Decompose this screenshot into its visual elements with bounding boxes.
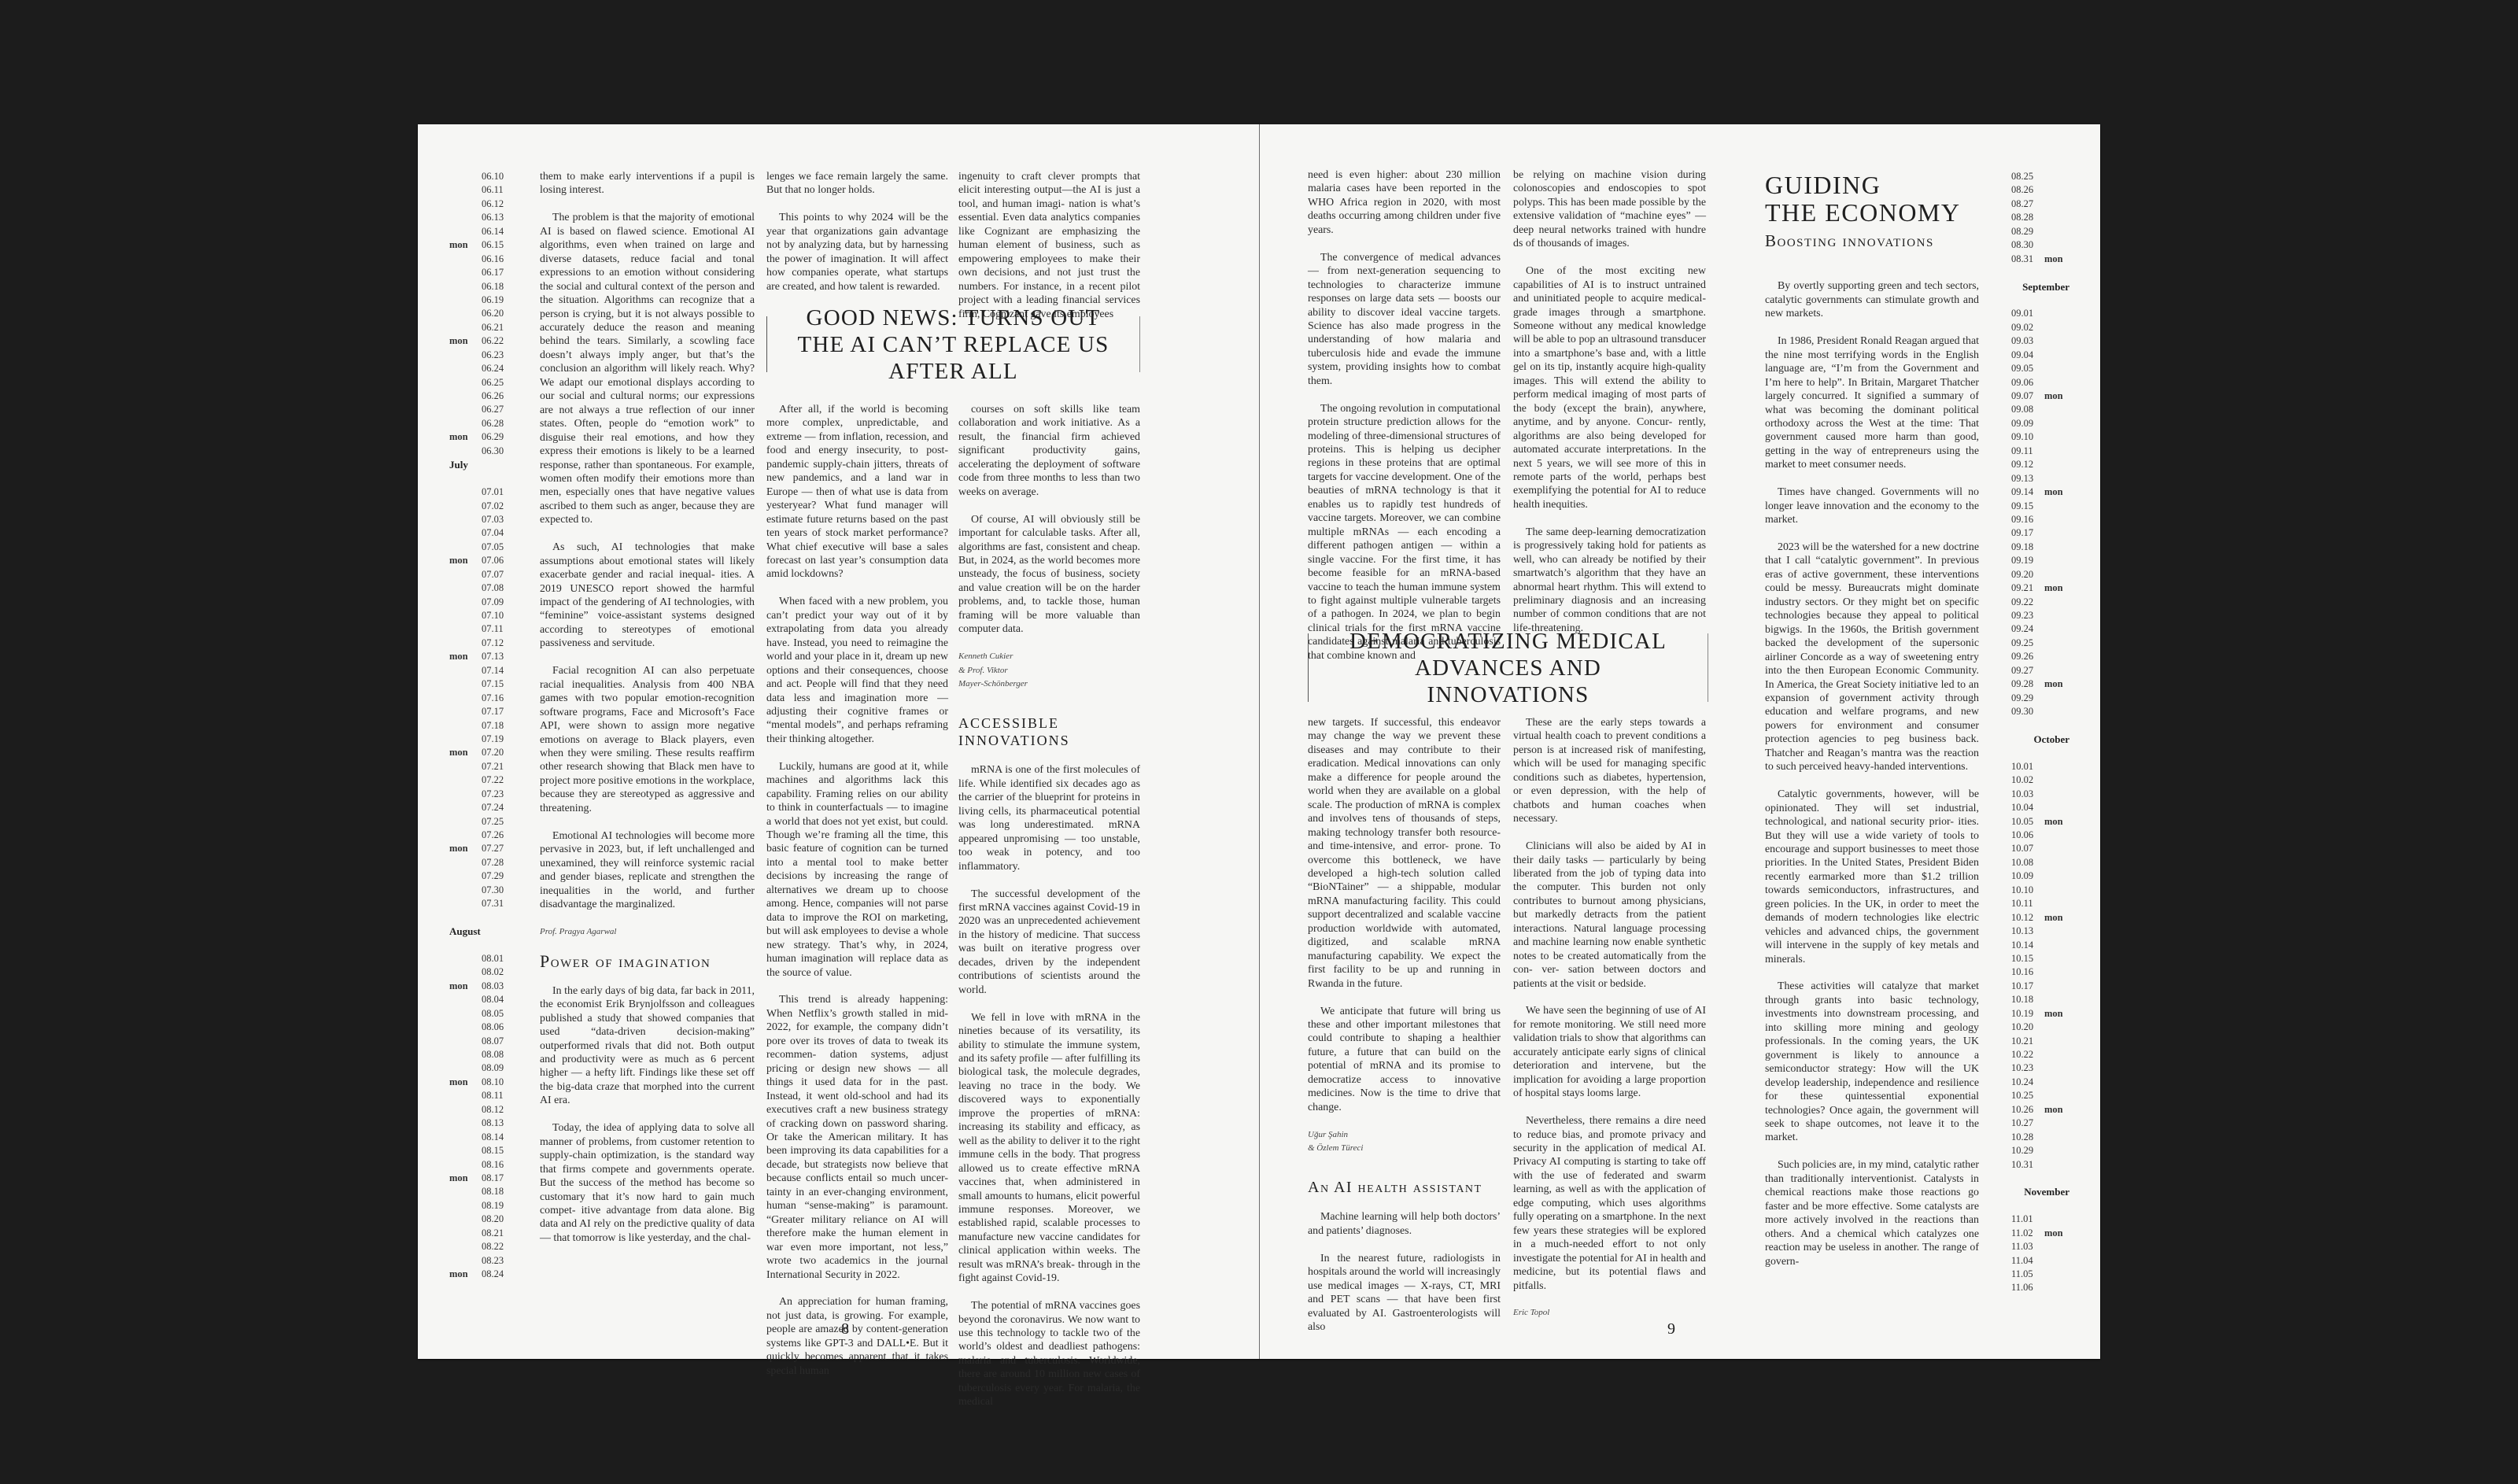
- section-heading: ACCESSIBLE INNOVATIONS: [958, 714, 1140, 749]
- paragraph: The convergence of medical advances — fr…: [1308, 251, 1501, 389]
- calendar-date: 07.20: [482, 746, 504, 759]
- title-line: GUIDING: [1765, 172, 1979, 199]
- calendar-date: 10.07: [2011, 842, 2033, 855]
- calendar-date: 08.02: [482, 965, 504, 979]
- calendar-date-row: 08.11: [449, 1089, 512, 1102]
- calendar-date: 09.20: [2011, 568, 2033, 581]
- calendar-date-row: 09.09: [2011, 417, 2082, 430]
- calendar-date-row: 08.09: [449, 1061, 512, 1075]
- calendar-date: 07.09: [482, 596, 504, 609]
- calendar-date-row: 08.13: [449, 1117, 512, 1130]
- calendar-date-row: mon06.29: [449, 430, 512, 444]
- article-title: GUIDING THE ECONOMY: [1765, 172, 1979, 227]
- paragraph: 2023 will be the watershed for a new doc…: [1765, 541, 1979, 774]
- calendar-date: 07.19: [482, 733, 504, 746]
- calendar-date-row: 07.25: [449, 815, 512, 829]
- calendar-date-row: 07.28: [449, 856, 512, 869]
- calendar-date: 06.30: [482, 445, 504, 458]
- calendar-date-row: mon11.02: [2011, 1227, 2082, 1240]
- calendar-date-row: 06.27: [449, 403, 512, 416]
- calendar-date: 09.14: [2011, 485, 2033, 499]
- calendar-date-row: 10.16: [2011, 965, 2082, 979]
- paragraph: We anticipate that future will bring us …: [1308, 1005, 1501, 1115]
- calendar-date-row: 10.11: [2011, 897, 2082, 910]
- calendar-date-row: 06.11: [449, 183, 512, 197]
- calendar-date: 06.15: [482, 238, 504, 252]
- paragraph: need is even higher: about 230 million m…: [1308, 168, 1501, 237]
- calendar-date-row: 06.21: [449, 321, 512, 334]
- calendar-date: 08.11: [482, 1089, 504, 1102]
- calendar-date: 08.21: [482, 1227, 504, 1240]
- calendar-date-row: 11.06: [2011, 1281, 2082, 1294]
- calendar-margin-right: 08.2508.2608.2708.2808.2908.30mon08.31Se…: [2011, 170, 2082, 1295]
- calendar-date-row: 10.18: [2011, 993, 2082, 1006]
- calendar-date: 07.06: [482, 554, 504, 567]
- calendar-date-row: 09.20: [2011, 568, 2082, 581]
- calendar-date: 10.31: [2011, 1158, 2033, 1172]
- calendar-date-row: 08.20: [449, 1213, 512, 1226]
- calendar-date-row: 08.04: [449, 993, 512, 1006]
- monday-marker: mon: [449, 334, 468, 348]
- calendar-date: 08.31: [2011, 253, 2033, 266]
- calendar-date: 06.22: [482, 334, 504, 348]
- calendar-date-row: 08.06: [449, 1021, 512, 1034]
- calendar-date-row: 08.18: [449, 1185, 512, 1198]
- paragraph: Clinicians will also be aided by AI in t…: [1513, 840, 1706, 991]
- calendar-date-row: 10.13: [2011, 925, 2082, 938]
- section-heading: Power of imagination: [540, 953, 755, 970]
- calendar-month-label: November: [2011, 1185, 2069, 1213]
- calendar-date: 07.27: [482, 842, 504, 855]
- calendar-date: 08.14: [482, 1131, 504, 1144]
- calendar-date-row: 08.25: [2011, 170, 2082, 183]
- calendar-date: 08.30: [2011, 238, 2033, 252]
- paragraph: We have seen the beginning of use of AI …: [1513, 1004, 1706, 1100]
- paragraph: them to make early interventions if a pu…: [540, 170, 755, 197]
- calendar-date: 07.07: [482, 568, 504, 581]
- paragraph: Today, the idea of applying data to solv…: [540, 1121, 755, 1245]
- calendar-date: 07.24: [482, 801, 504, 814]
- monday-marker: mon: [449, 554, 468, 567]
- calendar-date: 10.14: [2011, 939, 2033, 952]
- article-column-1: them to make early interventions if a pu…: [540, 170, 755, 1259]
- calendar-date: 10.16: [2011, 965, 2033, 979]
- monday-marker: mon: [2044, 677, 2063, 691]
- calendar-date: 08.10: [482, 1076, 504, 1089]
- calendar-date: 08.22: [482, 1240, 504, 1253]
- calendar-date: 10.18: [2011, 993, 2033, 1006]
- calendar-date-row: 06.20: [449, 307, 512, 320]
- calendar-date: 10.08: [2011, 856, 2033, 869]
- calendar-date-row: 10.06: [2011, 829, 2082, 842]
- paragraph: courses on soft skills like team collabo…: [958, 403, 1140, 499]
- calendar-date: 06.18: [482, 280, 504, 293]
- monday-marker: mon: [2044, 911, 2063, 925]
- calendar-date-row: 10.08: [2011, 856, 2082, 869]
- calendar-date-row: mon10.12: [2011, 911, 2082, 925]
- paragraph: In the nearest future, radiologists in h…: [1308, 1252, 1501, 1334]
- calendar-date-row: mon08.10: [449, 1076, 512, 1089]
- calendar-date: 10.21: [2011, 1035, 2033, 1048]
- calendar-date: 07.01: [482, 485, 504, 499]
- author-byline: Uğur Şahin: [1308, 1128, 1501, 1142]
- paragraph: The same deep-learning democratization i…: [1513, 526, 1706, 636]
- calendar-date: 10.05: [2011, 815, 2033, 829]
- calendar-date: 07.18: [482, 719, 504, 733]
- calendar-month-label: August: [449, 925, 512, 952]
- calendar-date-row: mon09.28: [2011, 677, 2082, 691]
- paragraph: We fell in love with mRNA in the ninetie…: [958, 1011, 1140, 1286]
- calendar-date-row: 08.26: [2011, 183, 2082, 197]
- calendar-date-row: 06.26: [449, 389, 512, 403]
- calendar-date: 08.13: [482, 1117, 504, 1130]
- calendar-date: 08.28: [2011, 211, 2033, 224]
- calendar-date: 08.20: [482, 1213, 504, 1226]
- calendar-date-row: 10.25: [2011, 1089, 2082, 1102]
- calendar-date: 07.28: [482, 856, 504, 869]
- calendar-date-row: mon09.21: [2011, 581, 2082, 595]
- calendar-date: 06.13: [482, 211, 504, 224]
- calendar-date: 06.23: [482, 349, 504, 362]
- calendar-date-row: 08.07: [449, 1035, 512, 1048]
- calendar-date-row: 10.24: [2011, 1076, 2082, 1089]
- paragraph: The ongoing revolution in computational …: [1308, 402, 1501, 663]
- page-number: 9: [1667, 1320, 1675, 1338]
- calendar-date-row: 10.03: [2011, 788, 2082, 801]
- calendar-date-row: 07.26: [449, 829, 512, 842]
- calendar-date: 09.05: [2011, 362, 2033, 375]
- calendar-date: 07.16: [482, 692, 504, 705]
- calendar-date: 10.27: [2011, 1117, 2033, 1130]
- calendar-date: 08.15: [482, 1144, 504, 1157]
- calendar-date-row: mon07.27: [449, 842, 512, 855]
- calendar-date-row: mon08.17: [449, 1172, 512, 1185]
- calendar-date-row: 10.09: [2011, 869, 2082, 883]
- calendar-date: 08.04: [482, 993, 504, 1006]
- author-byline: Kenneth Cukier: [958, 650, 1140, 663]
- calendar-date-row: 11.01: [2011, 1213, 2082, 1226]
- calendar-date: 10.09: [2011, 869, 2033, 883]
- calendar-date-row: 08.02: [449, 965, 512, 979]
- calendar-date: 09.28: [2011, 677, 2033, 691]
- calendar-date-row: 10.02: [2011, 773, 2082, 787]
- calendar-date: 08.05: [482, 1007, 504, 1021]
- calendar-date-row: 09.30: [2011, 705, 2082, 718]
- calendar-date: 09.06: [2011, 376, 2033, 389]
- calendar-date-row: 11.03: [2011, 1240, 2082, 1253]
- calendar-spacer: [2011, 266, 2082, 279]
- paragraph: Luckily, humans are good at it, while ma…: [766, 760, 948, 980]
- author-byline: Mayer-Schönberger: [958, 677, 1140, 691]
- article-column-2-bottom: These are the early steps towards a virt…: [1513, 716, 1706, 1334]
- calendar-date: 10.12: [2011, 911, 2033, 925]
- calendar-date-row: mon08.03: [449, 980, 512, 993]
- calendar-date-row: 09.15: [2011, 500, 2082, 513]
- calendar-date-row: 09.24: [2011, 622, 2082, 636]
- calendar-date-row: 09.25: [2011, 637, 2082, 650]
- calendar-date: 10.24: [2011, 1076, 2033, 1089]
- calendar-date: 06.29: [482, 430, 504, 444]
- calendar-date: 08.09: [482, 1061, 504, 1075]
- calendar-date-row: 09.23: [2011, 609, 2082, 622]
- calendar-date: 09.21: [2011, 581, 2033, 595]
- calendar-date-row: 08.12: [449, 1103, 512, 1117]
- calendar-date: 06.17: [482, 266, 504, 279]
- calendar-date: 08.06: [482, 1021, 504, 1034]
- monday-marker: mon: [2044, 581, 2063, 595]
- calendar-date: 10.25: [2011, 1089, 2033, 1102]
- calendar-month-label: October: [2011, 733, 2069, 760]
- calendar-date: 09.23: [2011, 609, 2033, 622]
- page-8: 06.1006.1106.1206.1306.14mon06.1506.1606…: [418, 124, 1259, 1359]
- calendar-date: 09.04: [2011, 349, 2033, 362]
- monday-marker: mon: [2044, 485, 2063, 499]
- monday-marker: mon: [2044, 1227, 2063, 1240]
- monday-marker: mon: [449, 650, 468, 663]
- calendar-date-row: 09.29: [2011, 692, 2082, 705]
- calendar-date: 10.11: [2011, 897, 2033, 910]
- calendar-date-row: 07.18: [449, 719, 512, 733]
- calendar-date: 08.03: [482, 980, 504, 993]
- article-column-3: GUIDING THE ECONOMY Boosting innovations…: [1765, 172, 1979, 1282]
- calendar-date: 08.23: [482, 1254, 504, 1268]
- calendar-date: 10.13: [2011, 925, 2033, 938]
- paragraph: The problem is that the majority of emot…: [540, 211, 755, 526]
- calendar-date-row: 07.30: [449, 884, 512, 897]
- calendar-date-row: 10.28: [2011, 1131, 2082, 1144]
- calendar-date: 07.15: [482, 677, 504, 691]
- calendar-date-row: 07.08: [449, 581, 512, 595]
- calendar-date: 09.27: [2011, 664, 2033, 677]
- calendar-date: 09.01: [2011, 307, 2033, 320]
- calendar-date-row: 07.31: [449, 897, 512, 910]
- calendar-date: 06.20: [482, 307, 504, 320]
- calendar-date: 10.28: [2011, 1131, 2033, 1144]
- calendar-date: 06.16: [482, 253, 504, 266]
- calendar-date: 06.25: [482, 376, 504, 389]
- page-number: 8: [841, 1320, 849, 1338]
- calendar-date-row: mon07.13: [449, 650, 512, 663]
- calendar-date: 07.10: [482, 609, 504, 622]
- calendar-date: 10.03: [2011, 788, 2033, 801]
- calendar-date: 06.26: [482, 389, 504, 403]
- calendar-date-row: 08.21: [449, 1227, 512, 1240]
- calendar-date: 08.27: [2011, 197, 2033, 211]
- calendar-date-row: 07.17: [449, 705, 512, 718]
- calendar-date: 07.31: [482, 897, 504, 910]
- calendar-date-row: 07.23: [449, 788, 512, 801]
- author-byline: Prof. Pragya Agarwal: [540, 925, 755, 939]
- monday-marker: mon: [2044, 1007, 2063, 1021]
- calendar-date-row: 08.01: [449, 952, 512, 965]
- calendar-date: 07.30: [482, 884, 504, 897]
- article-column-1-bottom: new targets. If successful, this endeavo…: [1308, 716, 1501, 1348]
- paragraph: The potential of mRNA vaccines goes beyo…: [958, 1299, 1140, 1409]
- monday-marker: mon: [2044, 1103, 2063, 1117]
- calendar-date: 06.14: [482, 225, 504, 238]
- paragraph: Emotional AI technologies will become mo…: [540, 829, 755, 912]
- calendar-date-row: 10.14: [2011, 939, 2082, 952]
- calendar-date: 10.01: [2011, 760, 2033, 773]
- calendar-date-row: 06.13: [449, 211, 512, 224]
- calendar-date: 06.11: [482, 183, 504, 197]
- calendar-date-row: mon09.07: [2011, 389, 2082, 403]
- calendar-date: 07.08: [482, 581, 504, 595]
- calendar-date-row: mon10.26: [2011, 1103, 2082, 1117]
- calendar-date-row: 09.01: [2011, 307, 2082, 320]
- calendar-date-row: mon07.20: [449, 746, 512, 759]
- article-column-2-top: lenges we face remain largely the same. …: [766, 170, 948, 308]
- paragraph: ingenuity to craft clever prompts that e…: [958, 170, 1140, 321]
- paragraph: be relying on machine vision during colo…: [1513, 168, 1706, 251]
- calendar-date-row: 08.16: [449, 1158, 512, 1172]
- calendar-date-row: 10.31: [2011, 1158, 2082, 1172]
- calendar-date-row: 07.22: [449, 773, 512, 787]
- calendar-date-row: 11.04: [2011, 1254, 2082, 1268]
- article-column-2-top: be relying on machine vision during colo…: [1513, 168, 1706, 649]
- calendar-date: 10.17: [2011, 980, 2033, 993]
- calendar-date: 09.24: [2011, 622, 2033, 636]
- paragraph: Facial recognition AI can also perpetuat…: [540, 664, 755, 815]
- calendar-date-row: 06.17: [449, 266, 512, 279]
- calendar-date-row: 06.18: [449, 280, 512, 293]
- calendar-date: 08.16: [482, 1158, 504, 1172]
- paragraph: In 1986, President Ronald Reagan argued …: [1765, 334, 1979, 472]
- article-subtitle: Boosting innovations: [1765, 234, 1979, 248]
- calendar-date: 09.07: [2011, 389, 2033, 403]
- calendar-date-row: 10.04: [2011, 801, 2082, 814]
- article-headline: DEMOCRATIZING MEDICAL ADVANCES AND INNOV…: [1308, 633, 1708, 702]
- calendar-date: 10.20: [2011, 1021, 2033, 1034]
- calendar-date: 10.23: [2011, 1061, 2033, 1075]
- calendar-date: 07.17: [482, 705, 504, 718]
- article-headline: GOOD NEWS: TURNS OUT THE AI CAN’T REPLAC…: [766, 316, 1140, 372]
- calendar-date: 08.17: [482, 1172, 504, 1185]
- calendar-date: 09.16: [2011, 513, 2033, 526]
- calendar-date-row: 10.10: [2011, 884, 2082, 897]
- paragraph: These are the early steps towards a virt…: [1513, 716, 1706, 826]
- calendar-date-row: 07.29: [449, 869, 512, 883]
- calendar-date: 07.12: [482, 637, 504, 650]
- calendar-date: 07.23: [482, 788, 504, 801]
- calendar-date-row: 09.18: [2011, 541, 2082, 554]
- calendar-date-row: 07.05: [449, 541, 512, 554]
- article-column-3-bottom: courses on soft skills like team collabo…: [958, 403, 1140, 1423]
- monday-marker: mon: [2044, 389, 2063, 403]
- calendar-date-row: 10.22: [2011, 1048, 2082, 1061]
- calendar-date-row: 07.24: [449, 801, 512, 814]
- calendar-date-row: 08.30: [2011, 238, 2082, 252]
- calendar-date-row: 09.22: [2011, 596, 2082, 609]
- calendar-date: 09.03: [2011, 334, 2033, 348]
- paragraph: This trend is already happening: When Ne…: [766, 993, 948, 1282]
- monday-marker: mon: [449, 980, 468, 993]
- monday-marker: mon: [449, 1076, 468, 1089]
- monday-marker: mon: [449, 1172, 468, 1185]
- monday-marker: mon: [2044, 253, 2063, 266]
- calendar-date: 06.21: [482, 321, 504, 334]
- calendar-date-row: 09.03: [2011, 334, 2082, 348]
- paragraph: By overtly supporting green and tech sec…: [1765, 279, 1979, 320]
- calendar-date: 09.08: [2011, 403, 2033, 416]
- calendar-month-label: September: [2011, 280, 2069, 308]
- calendar-date-row: mon07.06: [449, 554, 512, 567]
- calendar-date: 10.22: [2011, 1048, 2033, 1061]
- paragraph: Catalytic governments, however, will be …: [1765, 788, 1979, 966]
- calendar-date: 10.10: [2011, 884, 2033, 897]
- calendar-date-row: 10.20: [2011, 1021, 2082, 1034]
- calendar-date: 07.25: [482, 815, 504, 829]
- calendar-date-row: 10.15: [2011, 952, 2082, 965]
- monday-marker: mon: [449, 238, 468, 252]
- paragraph: new targets. If successful, this endeavo…: [1308, 716, 1501, 991]
- calendar-date-row: 08.15: [449, 1144, 512, 1157]
- calendar-date-row: mon10.19: [2011, 1007, 2082, 1021]
- calendar-month-label: July: [449, 458, 512, 485]
- calendar-date-row: 09.17: [2011, 526, 2082, 540]
- calendar-date-row: 07.19: [449, 733, 512, 746]
- calendar-date-row: 08.19: [449, 1199, 512, 1213]
- calendar-date: 10.19: [2011, 1007, 2033, 1021]
- calendar-date-row: 09.16: [2011, 513, 2082, 526]
- calendar-date: 08.12: [482, 1103, 504, 1117]
- headline-text: DEMOCRATIZING MEDICAL ADVANCES AND INNOV…: [1335, 628, 1682, 708]
- calendar-date: 11.04: [2011, 1254, 2033, 1268]
- calendar-date: 07.04: [482, 526, 504, 540]
- calendar-date-row: 09.11: [2011, 445, 2082, 458]
- calendar-date: 09.12: [2011, 458, 2033, 471]
- calendar-date-row: 10.21: [2011, 1035, 2082, 1048]
- monday-marker: mon: [449, 430, 468, 444]
- calendar-date: 08.08: [482, 1048, 504, 1061]
- paragraph: lenges we face remain largely the same. …: [766, 170, 948, 197]
- calendar-date: 07.02: [482, 500, 504, 513]
- calendar-date-row: 10.17: [2011, 980, 2082, 993]
- calendar-date-row: 09.02: [2011, 321, 2082, 334]
- calendar-date: 07.26: [482, 829, 504, 842]
- calendar-date-row: 09.19: [2011, 554, 2082, 567]
- monday-marker: mon: [449, 842, 468, 855]
- section-heading: An AI health assistant: [1308, 1179, 1501, 1196]
- paragraph: This points to why 2024 will be the year…: [766, 211, 948, 293]
- calendar-date-row: 07.03: [449, 513, 512, 526]
- calendar-date-row: 06.10: [449, 170, 512, 183]
- calendar-date-row: 07.02: [449, 500, 512, 513]
- paragraph: In the early days of big data, far back …: [540, 984, 755, 1108]
- calendar-date-row: mon06.15: [449, 238, 512, 252]
- calendar-date: 09.13: [2011, 472, 2033, 485]
- calendar-spacer: [2011, 1172, 2082, 1185]
- calendar-date: 08.29: [2011, 225, 2033, 238]
- calendar-date: 07.13: [482, 650, 504, 663]
- calendar-spacer: [449, 911, 512, 925]
- magazine-spread: 06.1006.1106.1206.1306.14mon06.1506.1606…: [418, 124, 2100, 1359]
- calendar-date: 10.29: [2011, 1144, 2033, 1157]
- title-line: THE ECONOMY: [1765, 199, 1979, 227]
- calendar-date: 06.28: [482, 417, 504, 430]
- paragraph: Times have changed. Governments will no …: [1765, 485, 1979, 526]
- calendar-date: 11.05: [2011, 1268, 2033, 1281]
- calendar-date: 11.01: [2011, 1213, 2033, 1226]
- calendar-date-row: 07.14: [449, 664, 512, 677]
- calendar-date-row: 07.09: [449, 596, 512, 609]
- calendar-date-row: 06.28: [449, 417, 512, 430]
- calendar-date: 06.10: [482, 170, 504, 183]
- calendar-date: 06.12: [482, 197, 504, 211]
- calendar-margin-left: 06.1006.1106.1206.1306.14mon06.1506.1606…: [449, 170, 512, 1281]
- calendar-date: 09.17: [2011, 526, 2033, 540]
- calendar-date: 09.11: [2011, 445, 2033, 458]
